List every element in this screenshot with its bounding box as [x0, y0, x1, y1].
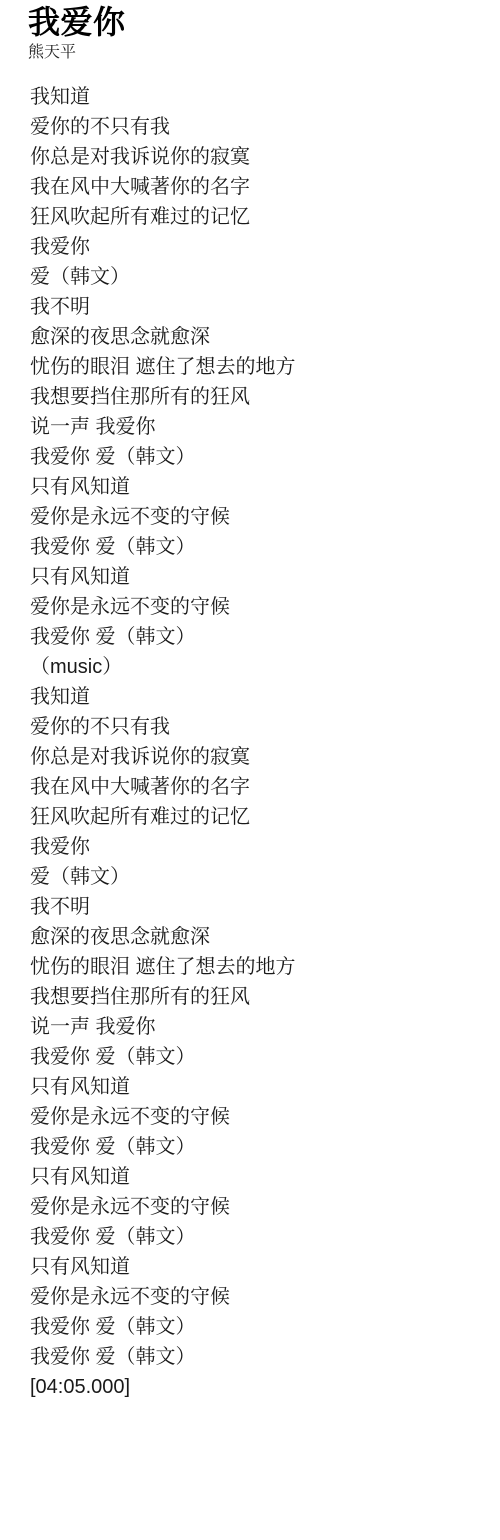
lyric-line: 你总是对我诉说你的寂寞: [30, 742, 480, 772]
lyric-line: 只有风知道: [30, 562, 480, 592]
lyric-line: 狂风吹起所有难过的记忆: [30, 202, 480, 232]
lyric-line: 只有风知道: [30, 1252, 480, 1282]
lyric-line: 我爱你 爱（韩文）: [30, 1132, 480, 1162]
lyric-line: 我爱你 爱（韩文）: [30, 1312, 480, 1342]
lyric-line: 我爱你 爱（韩文）: [30, 1342, 480, 1372]
lyric-line: 狂风吹起所有难过的记忆: [30, 802, 480, 832]
lyric-line: 我知道: [30, 82, 480, 112]
lyric-line: 我知道: [30, 682, 480, 712]
lyric-line: 我不明: [30, 292, 480, 322]
lyric-line: 只有风知道: [30, 1162, 480, 1192]
lyric-line: 爱你是永远不变的守候: [30, 502, 480, 532]
lyric-line: 说一声 我爱你: [30, 412, 480, 442]
lyric-line: 我不明: [30, 892, 480, 922]
lyric-line: 愈深的夜思念就愈深: [30, 322, 480, 352]
lyric-line: 愈深的夜思念就愈深: [30, 922, 480, 952]
lyric-line: 我爱你: [30, 232, 480, 262]
lyric-line: （music）: [30, 652, 480, 682]
lyric-line: 我爱你 爱（韩文）: [30, 532, 480, 562]
lyric-line: 你总是对我诉说你的寂寞: [30, 142, 480, 172]
lyric-line: 我爱你 爱（韩文）: [30, 622, 480, 652]
lyric-line: 忧伤的眼泪 遮住了想去的地方: [30, 352, 480, 382]
lyric-line: 只有风知道: [30, 472, 480, 502]
lyric-line: 我爱你 爱（韩文）: [30, 442, 480, 472]
lyric-line: 我想要挡住那所有的狂风: [30, 382, 480, 412]
artist-name: 熊天平: [28, 42, 480, 64]
lyric-line: 我在风中大喊著你的名字: [30, 172, 480, 202]
lyrics-list: 我知道爱你的不只有我你总是对我诉说你的寂寞我在风中大喊著你的名字狂风吹起所有难过…: [28, 82, 480, 1402]
lyric-line: 说一声 我爱你: [30, 1012, 480, 1042]
lyric-line: 我在风中大喊著你的名字: [30, 772, 480, 802]
timestamp-line: [04:05.000]: [30, 1372, 480, 1402]
lyrics-page: 我爱你 熊天平 我知道爱你的不只有我你总是对我诉说你的寂寞我在风中大喊著你的名字…: [0, 0, 500, 1402]
lyric-line: 爱（韩文）: [30, 862, 480, 892]
lyric-line: 爱你是永远不变的守候: [30, 1282, 480, 1312]
lyric-line: 爱你是永远不变的守候: [30, 1192, 480, 1222]
lyric-line: 爱（韩文）: [30, 262, 480, 292]
lyric-line: 忧伤的眼泪 遮住了想去的地方: [30, 952, 480, 982]
song-title: 我爱你: [28, 2, 480, 42]
lyric-line: 爱你是永远不变的守候: [30, 592, 480, 622]
lyric-line: 我爱你 爱（韩文）: [30, 1222, 480, 1252]
lyric-line: 我爱你: [30, 832, 480, 862]
lyric-line: 爱你的不只有我: [30, 112, 480, 142]
lyric-line: 爱你的不只有我: [30, 712, 480, 742]
lyric-line: 只有风知道: [30, 1072, 480, 1102]
lyric-line: 爱你是永远不变的守候: [30, 1102, 480, 1132]
lyric-line: 我想要挡住那所有的狂风: [30, 982, 480, 1012]
lyric-line: 我爱你 爱（韩文）: [30, 1042, 480, 1072]
